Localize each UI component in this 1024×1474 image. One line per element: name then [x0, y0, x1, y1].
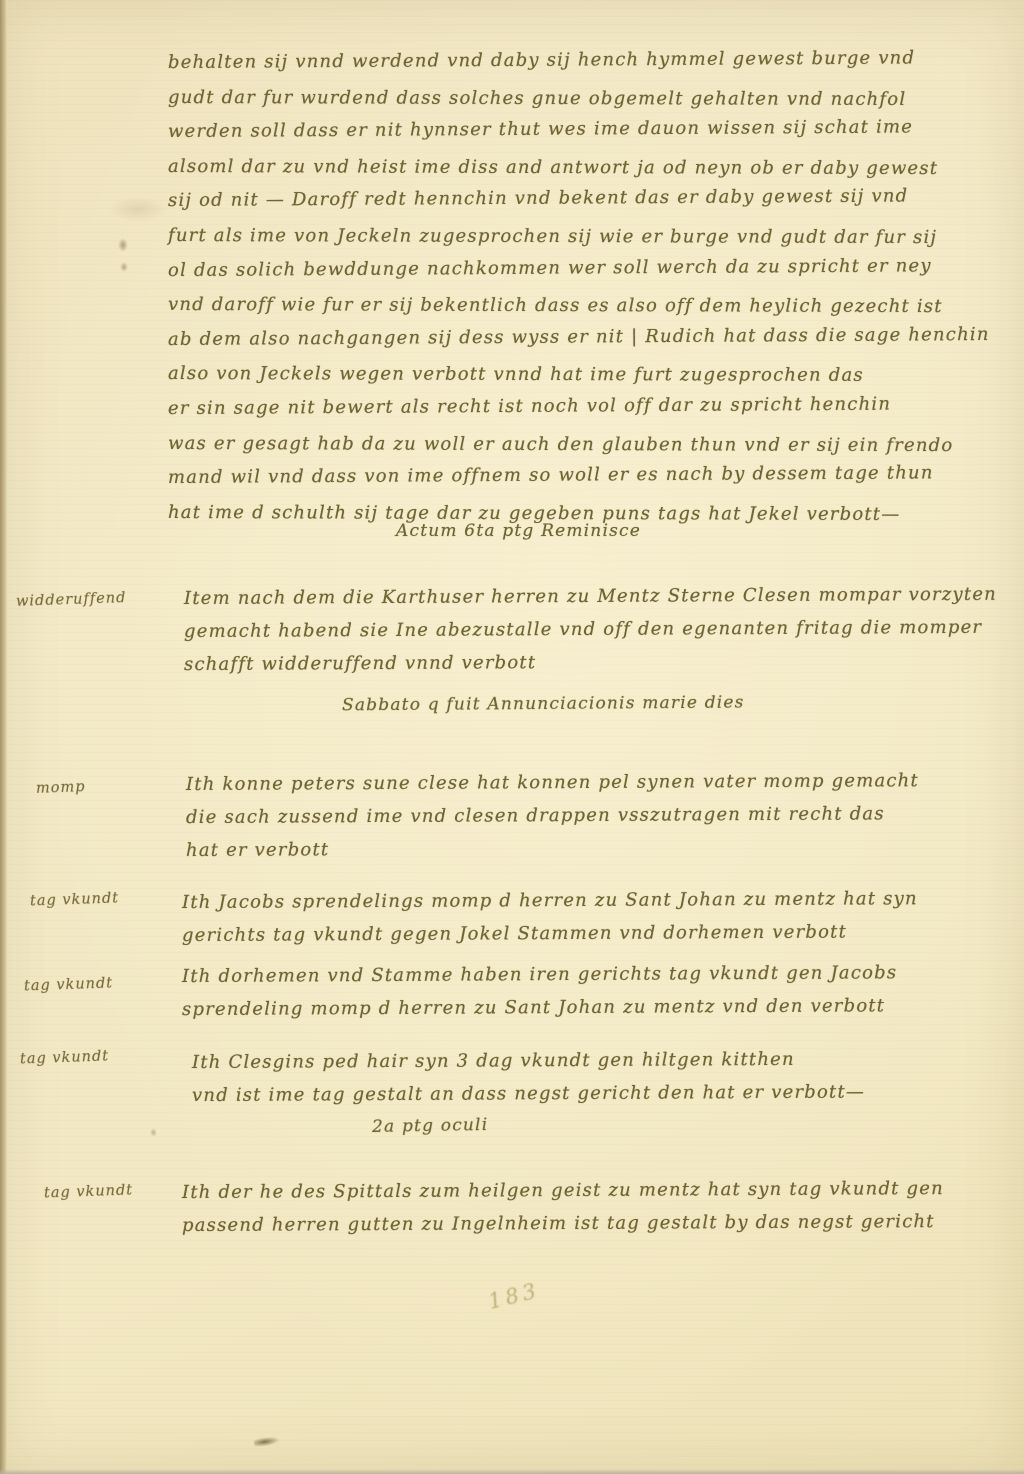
entry-tag-vkundt-3: Ith Clesgins ped hair syn 3 dag vkundt g… [192, 1046, 972, 1112]
entry-widderuffend: Item nach dem die Karthuser herren zu Me… [184, 582, 964, 681]
text-line: werden soll dass er nit hynnser thut wes… [168, 110, 968, 149]
margin-note-tag-vkundt: tag vkundt [20, 1048, 110, 1067]
text-line: schafft widderuffend vnnd verbott [184, 644, 964, 681]
entry-tag-vkundt-2: Ith dorhemen vnd Stamme haben iren geric… [182, 960, 962, 1026]
text-line: vnd ist ime tag gestalt an dass negst ge… [192, 1075, 972, 1112]
section-heading-sabbato: Sabbato q fuit Annunciacionis marie dies [342, 693, 745, 716]
margin-ink-mark [118, 238, 128, 252]
page-left-edge [0, 0, 7, 1474]
margin-note-widderuffend: widderuffend [16, 590, 127, 610]
text-line: Ith der he des Spittals zum heilgen geis… [182, 1172, 962, 1209]
text-line: passend herren gutten zu Ingelnheim ist … [182, 1205, 962, 1242]
margin-ink-mark [120, 262, 128, 272]
ink-smudge [254, 1435, 281, 1448]
parchment-stain [108, 196, 168, 222]
text-line: gerichts tag vkundt gegen Jokel Stammen … [182, 915, 962, 952]
text-line: ol das solich bewddunge nachkommen wer s… [168, 249, 968, 288]
text-line: ab dem also nachgangen sij dess wyss er … [168, 318, 968, 357]
margin-note-tag-vkundt: tag vkundt [24, 975, 114, 994]
entry-tag-vkundt-4: Ith der he des Spittals zum heilgen geis… [182, 1176, 962, 1242]
margin-note-tag-vkundt: tag vkundt [30, 890, 120, 909]
text-line: sprendeling momp d herren zu Sant Johan … [182, 989, 962, 1026]
text-line: Ith konne peters sune clese hat konnen p… [186, 764, 966, 801]
section-heading-actum: Actum 6ta ptg Reminisce [396, 521, 641, 541]
margin-ink-mark [150, 1128, 157, 1137]
text-line: Ith Jacobs sprendelings momp d herren zu… [182, 882, 962, 919]
margin-note-tag-vkundt: tag vkundt [44, 1182, 134, 1201]
text-line: Item nach dem die Karthuser herren zu Me… [184, 578, 964, 615]
text-line: Ith dorhemen vnd Stamme haben iren geric… [182, 956, 962, 993]
text-line: die sach zussend ime vnd clesen drappen … [186, 797, 966, 834]
entry-tag-vkundt-1: Ith Jacobs sprendelings momp d herren zu… [182, 886, 962, 952]
main-text-block: behalten sij vnnd werdend vnd daby sij h… [168, 46, 968, 530]
text-line: behalten sij vnnd werdend vnd daby sij h… [168, 41, 968, 80]
margin-note-momp: momp [36, 779, 86, 797]
text-line: hat er verbott [186, 830, 966, 867]
section-heading-oculi: 2a ptg oculi [372, 1115, 489, 1137]
text-line: mand wil vnd dass von ime offnem so woll… [168, 456, 968, 495]
text-line: Ith Clesgins ped hair syn 3 dag vkundt g… [192, 1042, 972, 1079]
entry-momp: Ith konne peters sune clese hat konnen p… [186, 768, 966, 867]
text-line: er sin sage nit bewert als recht ist noc… [168, 387, 968, 426]
text-line: sij od nit — Daroff redt hennchin vnd be… [168, 179, 968, 218]
page-bottom-edge [0, 1469, 1024, 1474]
manuscript-page: behalten sij vnnd werdend vnd daby sij h… [0, 0, 1024, 1474]
folio-number: 183 [486, 1278, 542, 1314]
text-line: gemacht habend sie Ine abezustalle vnd o… [184, 611, 964, 648]
